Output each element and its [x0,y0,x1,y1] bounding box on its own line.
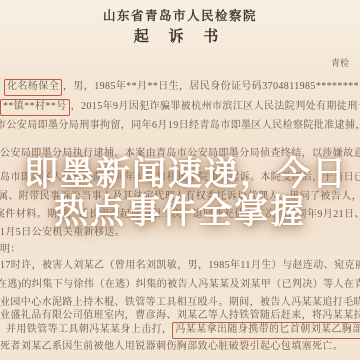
line-text: 在逃)的纠集下与徐伟（在逃）纠集的被告人冯某某及刘某甲（已判决）等人在青岛市即 [0,279,360,290]
line-text: 市公安局即墨分局刑事拘留，同年6月19日经青岛市即墨区人民检察院批准逮捕，次日由 [0,120,360,131]
line-text: 业园中心水泥路上持木棍、铁管等工具相互殴斗。期间，被告人冯某某追打毛晓宁至 [0,297,360,308]
line-text: 并用铁管等工具朝冯某某身上击打， [6,324,172,335]
red-annotation-box: **镇**村**号 [0,99,70,116]
document-line: 化名杨保全，男，1985年**月**日生，居民身份证号码3704811985**… [4,79,360,96]
document-line: 并用铁管等工具朝冯某某身上击打，冯某某拿出随身携带的匕首朝刘某乙胸部捅刺一 [6,322,360,339]
document-line: 业园中心水泥路上持木棍、铁管等工具相互殴斗。期间，被告人冯某某追打毛晓宁至 [0,296,360,310]
line-text: ，2015年9月因犯诈骗罪被杭州市滨江区人民法院判处有期徒刑十个月。20 [71,101,360,112]
document-line: 明： [0,243,21,257]
line-text: ，男，1985年**月**日生，居民身份证号码3704811985*******… [63,81,360,92]
document-line: 死者刘某乙系因生前被他人用锐器刺伤胸部致心脏破裂引起心包填塞死亡。 [0,340,343,354]
document-line: 在逃)的纠集下与徐伟（在逃）纠集的被告人冯某某及刘某甲（已判决）等人在青岛市即 [0,278,360,292]
line-text: 死者刘某乙系因生前被他人用锐器刺伤胸部致心脏破裂引起心包填塞死亡。 [0,341,343,352]
document-line: **镇**村**号，2015年9月因犯诈骗罪被杭州市滨江区人民法院判处有期徒刑十… [0,99,360,116]
news-thumbnail: 山东省青岛市人民检察院 起 诉 书 青检 化名杨保全，男，1985年**月**日… [0,0,360,360]
red-annotation-box: 化名杨保全 [4,79,62,96]
document-line: 市公安局即墨分局刑事拘留，同年6月19日经青岛市即墨区人民检察院批准逮捕，次日由 [0,119,360,133]
line-text: 明： [0,244,21,255]
line-text: 业盛礼品有限公司值班室内，曹彦海、刘某乙等人持铁管随后赶来，将冯某某拉出值 [0,310,360,321]
document-line: 17时许，被害人刘某乙（曾用名刘凯敏，男，1985年11月生）与赵连动、宛克丽（… [0,259,360,273]
line-text: 17时许，被害人刘某乙（曾用名刘凯敏，男，1985年11月生）与赵连动、宛克丽（… [0,260,360,271]
document-line: 业盛礼品有限公司值班室内，曹彦海、刘某乙等人持铁管随后赶来，将冯某某拉出值 [0,309,360,323]
red-annotation-box: 冯某某拿出随身携带的匕首朝刘某乙胸部捅刺一 [172,322,360,339]
overlay-banner-line-2: 热点事件全掌握 [0,184,360,233]
